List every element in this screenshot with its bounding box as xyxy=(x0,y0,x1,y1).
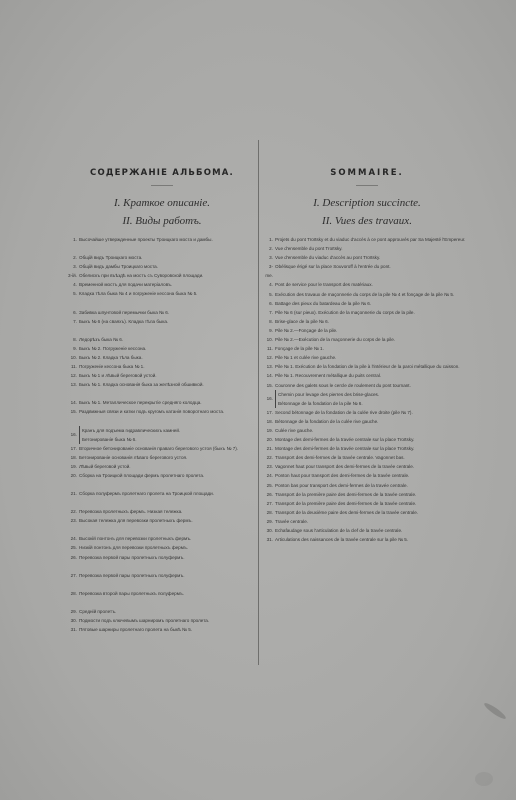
item-text: Pile № 1. Recouvrement métallique du pui… xyxy=(275,371,472,380)
item-text: Вторичное бетонированіе основанія праваг… xyxy=(79,444,258,453)
group-spacer xyxy=(66,498,258,507)
item-text: Montage des demi-fermes de la travée cen… xyxy=(275,444,472,453)
item-number: 1. xyxy=(66,235,79,244)
item-number: 31. xyxy=(66,625,79,634)
group-spacer xyxy=(66,417,258,426)
list-item: 10.Pile № 2.—Exécution de la maçonnerie … xyxy=(262,335,472,344)
item-text: Погруженіе кессона быка № 1. xyxy=(79,362,258,371)
item-number: 6. xyxy=(262,299,275,308)
list-item: 17.Second bétonnage de la fondation de l… xyxy=(262,408,472,417)
item-text: Подмости подъ ключевымъ шарниромъ пролет… xyxy=(79,616,258,625)
item-text: Culée rive gauche. xyxy=(275,426,472,435)
item-text: Transport de la première paire des demi-… xyxy=(275,499,472,508)
item-text: Travée centrale. xyxy=(275,517,472,526)
russian-heading: СОДЕРЖАНІЕ АЛЬБОМА. xyxy=(66,168,258,178)
list-item: 24.Ponton haut pour transport des demi-f… xyxy=(262,471,472,480)
list-item: 4.Временной мостъ для подачи матеріаловъ… xyxy=(66,280,258,289)
list-item: 16.Кранъ для подъема гидравлическихъ кам… xyxy=(66,426,258,444)
item-number: 21. xyxy=(66,489,79,498)
item-number: 25. xyxy=(262,481,275,490)
item-number: 29. xyxy=(262,517,275,526)
item-text: Быкъ № 1 и лѣвый береговой устой. xyxy=(79,371,258,380)
list-item: 19.Лѣвый береговой устой. xyxy=(66,462,258,471)
item-text: Transport de la deuxième paire des demi-… xyxy=(275,508,472,517)
item-text: Перевозка первой пары пролетныхъ полуфер… xyxy=(79,553,258,562)
french-item-list: 1.Projets du pont Troïtsky et du viaduc … xyxy=(262,235,472,544)
list-item: 5.Exécution des travaux de maçonnerie du… xyxy=(262,290,472,299)
list-item: 2.Общій видъ Троицкаго моста. xyxy=(66,253,258,262)
item-text: Montage des demi-fermes de la travée cen… xyxy=(275,435,472,444)
list-item: 9.Pile № 2.—Fonçage de la pile. xyxy=(262,326,472,335)
item-number: 28. xyxy=(262,508,275,517)
list-item: 4.Pont de service pour le transport des … xyxy=(262,280,472,289)
item-number: 8. xyxy=(262,317,275,326)
list-item: 15.Раздвижныя связи и катки подъ кругомъ… xyxy=(66,407,258,416)
french-section-2: II. Vues des travaux. xyxy=(262,212,472,230)
list-item: 11.Fonçage de la pile № 1. xyxy=(262,344,472,353)
item-text: Couronne des galets sous le cercle de ro… xyxy=(275,381,472,390)
item-number: 10. xyxy=(66,353,79,362)
item-text: Высочайше утвержденные проекты Троицкаго… xyxy=(79,235,258,244)
item-number: 29. xyxy=(66,607,79,616)
item-number: 13. xyxy=(262,362,275,371)
item-number: 15. xyxy=(66,407,79,416)
item-number: 4. xyxy=(262,280,275,289)
item-number: 22. xyxy=(262,453,275,462)
list-item: 20.Montage des demi-fermes de la travée … xyxy=(262,435,472,444)
item-number: 27. xyxy=(262,499,275,508)
list-item: 12.Быкъ № 1 и лѣвый береговой устой. xyxy=(66,371,258,380)
item-number: 2. xyxy=(66,253,79,262)
list-item: 31.Articulations des naissances de la tr… xyxy=(262,535,472,544)
column-divider xyxy=(258,140,259,665)
group-spacer xyxy=(66,580,258,589)
list-item: 21.Сборка полуфермъ пролетнаго пролета н… xyxy=(66,489,258,498)
item-text: Fonçage de la pile № 1. xyxy=(275,344,472,353)
item-number: 26. xyxy=(262,490,275,499)
item-text: Быкъ № 6 (на сваяхъ). Кладка тѣла быка. xyxy=(79,317,258,326)
album-page: СОДЕРЖАНІЕ АЛЬБОМА. I. Краткое описаніе.… xyxy=(0,0,516,800)
item-text: Сборка на Троицкой площади фермъ пролетн… xyxy=(79,471,258,480)
list-item: 21.Montage des demi-fermes de la travée … xyxy=(262,444,472,453)
item-text: Exécution des travaux de maçonnerie du c… xyxy=(275,290,472,299)
item-text: Лѣвый береговой устой. xyxy=(79,462,258,471)
list-item: 6.Battage des pieux du batardeau de la p… xyxy=(262,299,472,308)
group-spacer xyxy=(66,562,258,571)
list-item: 17.Вторичное бетонированіе основанія пра… xyxy=(66,444,258,453)
item-text: Pile № 1 et culée rive gauche. xyxy=(275,353,472,362)
item-text: Быкъ № 2. Кладка тѣла быка. xyxy=(79,353,258,362)
list-item: 22.Перевозка пролетныхъ фермъ. Низкая те… xyxy=(66,507,258,516)
item-text: Быкъ № 2. Погруженіе кессона. xyxy=(79,344,258,353)
item-text: Articulations des naissances de la travé… xyxy=(275,535,472,544)
item-number: 9. xyxy=(66,344,79,353)
list-item: 26.Перевозка первой пары пролетныхъ полу… xyxy=(66,553,258,562)
list-item: 3-me.Obélisque érigé sur la place Souvor… xyxy=(262,262,472,280)
item-text: Pile № 6 (sur pieux). Exécution de la ma… xyxy=(275,308,472,317)
item-text: Brise-glace de la pile № 6. xyxy=(275,317,472,326)
item-text: Battage des pieux du batardeau de la pil… xyxy=(275,299,472,308)
item-text: Кладка тѣла быка № 4 и погруженіе кессон… xyxy=(79,289,258,298)
item-text: Временной мостъ для подачи матеріаловъ. xyxy=(79,280,258,289)
list-item: 18.Бетонированіе основанія лѣваго берего… xyxy=(66,453,258,462)
item-text: Обелискъ при въѣздѣ на мостъ съ Суворовс… xyxy=(79,271,258,280)
list-item: 6.Забивка шпунтовой перемычки быка № 6. xyxy=(66,308,258,317)
item-number: 18. xyxy=(262,417,275,426)
bracketed-items: Кранъ для подъема гидравлическихъ камней… xyxy=(79,426,180,444)
item-number: 11. xyxy=(66,362,79,371)
item-number: 24. xyxy=(262,471,275,480)
list-item: 27.Перевозка первой пары пролетныхъ полу… xyxy=(66,571,258,580)
list-item: 14.Pile № 1. Recouvrement métallique du … xyxy=(262,371,472,380)
list-item: 13.Быкъ № 1. Кладка основанія быка за же… xyxy=(66,380,258,389)
list-item: 28.Перевозка второй пары пролетныхъ полу… xyxy=(66,589,258,598)
list-item: 24.Высокій понтонъ для перевозки пролетн… xyxy=(66,534,258,543)
item-text: Высокая тележка для перевозки пролетныхъ… xyxy=(79,516,258,525)
item-number: 4. xyxy=(66,280,79,289)
item-text: Низкій понтонъ для перевозки пролетныхъ … xyxy=(79,543,258,552)
item-text: Общій видъ Троицкаго моста. xyxy=(79,253,258,262)
item-text: Бетонированіе быка № 6. xyxy=(82,435,180,444)
item-number: 14. xyxy=(262,371,275,380)
list-item: 10.Быкъ № 2. Кладка тѣла быка. xyxy=(66,353,258,362)
item-text: Раздвижныя связи и катки подъ кругомъ ка… xyxy=(79,407,258,416)
item-number: 3. xyxy=(262,253,275,262)
item-text: Vue d'ensemble du pont Troïtsky. xyxy=(275,244,472,253)
list-item: 7.Быкъ № 6 (на сваяхъ). Кладка тѣла быка… xyxy=(66,317,258,326)
list-item: 28.Transport de la deuxième paire des de… xyxy=(262,508,472,517)
item-number: 21. xyxy=(262,444,275,453)
list-item: 5.Кладка тѣла быка № 4 и погруженіе кесс… xyxy=(66,289,258,298)
russian-section-1: I. Краткое описаніе. xyxy=(66,194,258,212)
list-item: 22.Transport des demi-fermes de la travé… xyxy=(262,453,472,462)
item-number: 30. xyxy=(66,616,79,625)
item-text: Быкъ № 1. Кладка основанія быка за желѣз… xyxy=(79,380,258,389)
item-number: 30. xyxy=(262,526,275,535)
item-number: 1. xyxy=(262,235,275,244)
item-number: 15. xyxy=(262,381,275,390)
item-text: Перевозка пролетныхъ фермъ. Низкая тележ… xyxy=(79,507,258,516)
list-item: 18.Bétonnage de la fondation de la culée… xyxy=(262,417,472,426)
paper-stain xyxy=(475,772,493,786)
item-text: Сборка полуфермъ пролетнаго пролета на Т… xyxy=(79,489,258,498)
heading-rule xyxy=(151,185,173,186)
item-text: Pile № 2.—Exécution de la maçonnerie du … xyxy=(275,335,472,344)
item-number: 19. xyxy=(66,462,79,471)
list-item: 1.Projets du pont Troïtsky et du viaduc … xyxy=(262,235,472,244)
heading-rule xyxy=(356,185,378,186)
item-number: 23. xyxy=(262,462,275,471)
item-text: Transport des demi-fermes de la travée c… xyxy=(275,453,472,462)
list-item: 9.Быкъ № 2. Погруженіе кессона. xyxy=(66,344,258,353)
french-contents: SOMMAIRE. I. Description succincte. II. … xyxy=(262,168,472,544)
item-number: 19. xyxy=(262,426,275,435)
item-text: Projets du pont Troïtsky et du viaduc d'… xyxy=(275,235,472,244)
bracketed-items: Chemin pour levage des pierres des brise… xyxy=(275,390,379,408)
item-number: 18. xyxy=(66,453,79,462)
item-text: Быкъ № 1. Металлическое перекрытіе средн… xyxy=(79,398,258,407)
item-number: 31. xyxy=(262,535,275,544)
item-text: Vagonnet haut pour transport des demi-fe… xyxy=(275,462,472,471)
item-text: Ponton bas pour transport des demi-ferme… xyxy=(275,481,472,490)
item-number: 23. xyxy=(66,516,79,525)
item-number: 22. xyxy=(66,507,79,516)
item-number: 3-ій. xyxy=(66,271,79,280)
group-spacer xyxy=(66,525,258,534)
item-text: Общій видъ дамбы Троицкаго моста. xyxy=(79,262,258,271)
item-number: 5. xyxy=(66,289,79,298)
item-number: 27. xyxy=(66,571,79,580)
list-item: 13.Pile № 1. Exécution de la fondation d… xyxy=(262,362,472,371)
item-number: 16. xyxy=(262,394,275,403)
french-section-1: I. Description succincte. xyxy=(262,194,472,212)
item-number: 10. xyxy=(262,335,275,344)
item-number: 12. xyxy=(262,353,275,362)
item-text: Кранъ для подъема гидравлическихъ камней… xyxy=(82,426,180,435)
item-number: 17. xyxy=(262,408,275,417)
list-item: 30.Echafaudage sous l'articulation de la… xyxy=(262,526,472,535)
list-item: 27.Transport de la première paire des de… xyxy=(262,499,472,508)
list-item: 20.Сборка на Троицкой площади фермъ прол… xyxy=(66,471,258,480)
item-number: 8. xyxy=(66,335,79,344)
item-text: Pile № 1. Exécution de la fondation de l… xyxy=(275,362,472,371)
item-text: Transport de la première paire des demi-… xyxy=(275,490,472,499)
group-spacer xyxy=(66,299,258,308)
paper-stain xyxy=(483,701,508,721)
item-text: Высокій понтонъ для перевозки пролетныхъ… xyxy=(79,534,258,543)
list-item: 14.Быкъ № 1. Металлическое перекрытіе ср… xyxy=(66,398,258,407)
list-item: 2.Vue d'ensemble du pont Troïtsky. xyxy=(262,244,472,253)
list-item: 16.Chemin pour levage des pierres des br… xyxy=(262,390,472,408)
list-item: 19.Culée rive gauche. xyxy=(262,426,472,435)
list-item: 29.Средній пролетъ. xyxy=(66,607,258,616)
item-text: Бетонированіе основанія лѣваго береговог… xyxy=(79,453,258,462)
group-spacer xyxy=(66,480,258,489)
item-number: 11. xyxy=(262,344,275,353)
item-number: 12. xyxy=(66,371,79,380)
list-item: 1.Высочайше утвержденные проекты Троицка… xyxy=(66,235,258,244)
group-spacer xyxy=(66,598,258,607)
item-number: 5. xyxy=(262,290,275,299)
item-number: 28. xyxy=(66,589,79,598)
list-item: 25.Низкій понтонъ для перевозки пролетны… xyxy=(66,543,258,552)
item-text: Pont de service pour le transport des ma… xyxy=(275,280,472,289)
item-number: 14. xyxy=(66,398,79,407)
group-spacer xyxy=(66,389,258,398)
item-number: 20. xyxy=(66,471,79,480)
item-text: Bétonnage de la fondation de la culée ri… xyxy=(275,417,472,426)
item-text: Пятовые шарниры пролетнаго пролета на бы… xyxy=(79,625,258,634)
list-item: 12.Pile № 1 et culée rive gauche. xyxy=(262,353,472,362)
list-item: 3.Общій видъ дамбы Троицкаго моста. xyxy=(66,262,258,271)
list-item: 3.Vue d'ensemble du viaduc d'accès au po… xyxy=(262,253,472,262)
item-text: Средній пролетъ. xyxy=(79,607,258,616)
item-text: Bétonnage de la fondation de la pile № 6… xyxy=(278,399,379,408)
list-item: 26.Transport de la première paire des de… xyxy=(262,490,472,499)
item-text: Vue d'ensemble du viaduc d'accès au pont… xyxy=(275,253,472,262)
item-number: 2. xyxy=(262,244,275,253)
list-item: 25.Ponton bas pour transport des demi-fe… xyxy=(262,481,472,490)
item-number: 3-me. xyxy=(262,262,275,280)
list-item: 3-ій.Обелискъ при въѣздѣ на мостъ съ Сув… xyxy=(66,271,258,280)
item-number: 6. xyxy=(66,308,79,317)
list-item: 31.Пятовые шарниры пролетнаго пролета на… xyxy=(66,625,258,634)
item-number: 16. xyxy=(66,430,79,439)
item-number: 3. xyxy=(66,262,79,271)
russian-section-2: II. Виды работъ. xyxy=(66,212,258,230)
french-heading: SOMMAIRE. xyxy=(262,168,472,178)
group-spacer xyxy=(66,326,258,335)
item-number: 7. xyxy=(262,308,275,317)
item-number: 25. xyxy=(66,543,79,552)
list-item: 8.Ледорѣзъ быка № 6. xyxy=(66,335,258,344)
item-text: Echafaudage sous l'articulation de la cl… xyxy=(275,526,472,535)
item-text: Second bétonnage de la fondation de la c… xyxy=(275,408,472,417)
list-item: 29.Travée centrale. xyxy=(262,517,472,526)
item-number: 13. xyxy=(66,380,79,389)
russian-item-list: 1.Высочайше утвержденные проекты Троицка… xyxy=(66,235,258,634)
item-text: Ледорѣзъ быка № 6. xyxy=(79,335,258,344)
item-text: Chemin pour levage des pierres des brise… xyxy=(278,390,379,399)
list-item: 8.Brise-glace de la pile № 6. xyxy=(262,317,472,326)
list-item: 23.Vagonnet haut pour transport des demi… xyxy=(262,462,472,471)
russian-contents: СОДЕРЖАНІЕ АЛЬБОМА. I. Краткое описаніе.… xyxy=(66,168,258,634)
item-number: 7. xyxy=(66,317,79,326)
item-text: Перевозка первой пары пролетныхъ полуфер… xyxy=(79,571,258,580)
item-text: Obélisque érigé sur la place Souvoroff à… xyxy=(275,262,472,280)
list-item: 7.Pile № 6 (sur pieux). Exécution de la … xyxy=(262,308,472,317)
item-text: Ponton haut pour transport des demi-ferm… xyxy=(275,471,472,480)
item-number: 26. xyxy=(66,553,79,562)
list-item: 11.Погруженіе кессона быка № 1. xyxy=(66,362,258,371)
item-number: 20. xyxy=(262,435,275,444)
group-spacer xyxy=(66,244,258,253)
list-item: 23.Высокая тележка для перевозки пролетн… xyxy=(66,516,258,525)
item-number: 9. xyxy=(262,326,275,335)
item-number: 17. xyxy=(66,444,79,453)
item-text: Перевозка второй пары пролетныхъ полуфер… xyxy=(79,589,258,598)
item-number: 24. xyxy=(66,534,79,543)
item-text: Забивка шпунтовой перемычки быка № 6. xyxy=(79,308,258,317)
list-item: 30.Подмости подъ ключевымъ шарниромъ про… xyxy=(66,616,258,625)
item-text: Pile № 2.—Fonçage de la pile. xyxy=(275,326,472,335)
list-item: 15.Couronne des galets sous le cercle de… xyxy=(262,381,472,390)
